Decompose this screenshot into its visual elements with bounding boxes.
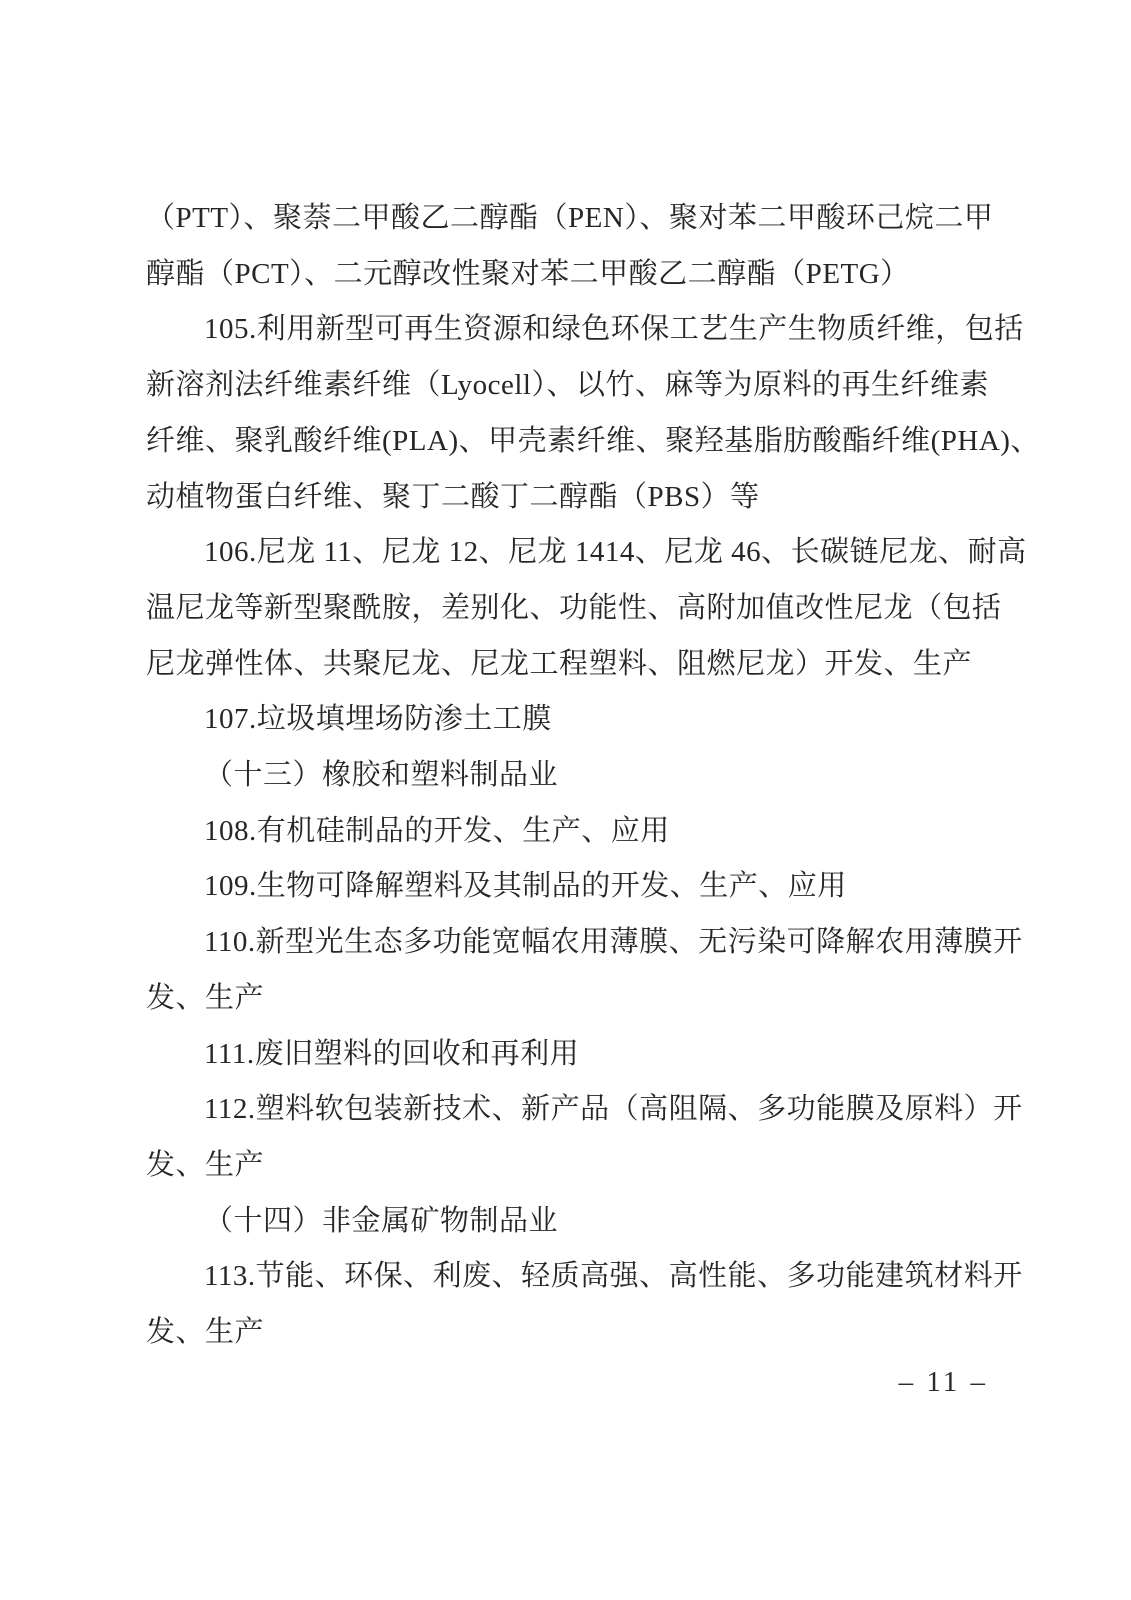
item-106-line-1: 106.尼龙 11、尼龙 12、尼龙 1414、尼龙 46、长碳链尼龙、耐高 — [146, 525, 991, 581]
continuation-line-1: （PTT）、聚萘二甲酸乙二醇酯（PEN）、聚对苯二甲酸环己烷二甲 — [146, 191, 991, 247]
item-111-line: 111.废旧塑料的回收和再利用 — [146, 1027, 991, 1083]
item-105-line-3: 纤维、聚乳酸纤维(PLA)、甲壳素纤维、聚羟基脂肪酸酯纤维(PHA)、 — [146, 414, 991, 470]
document-body: （PTT）、聚萘二甲酸乙二醇酯（PEN）、聚对苯二甲酸环己烷二甲 醇酯（PCT）… — [146, 191, 991, 1361]
item-110-line-2: 发、生产 — [146, 971, 991, 1027]
section-14-heading: （十四）非金属矿物制品业 — [146, 1194, 991, 1250]
item-105-line-4: 动植物蛋白纤维、聚丁二酸丁二醇酯（PBS）等 — [146, 470, 991, 526]
continuation-line-2: 醇酯（PCT）、二元醇改性聚对苯二甲酸乙二醇酯（PETG） — [146, 247, 991, 303]
item-110-line-1: 110.新型光生态多功能宽幅农用薄膜、无污染可降解农用薄膜开 — [146, 915, 991, 971]
page-number: – 11 – — [899, 1366, 988, 1399]
item-108-line: 108.有机硅制品的开发、生产、应用 — [146, 804, 991, 860]
item-113-line-1: 113.节能、环保、利废、轻质高强、高性能、多功能建筑材料开 — [146, 1249, 991, 1305]
section-13-heading: （十三）橡胶和塑料制品业 — [146, 748, 991, 804]
item-107-line: 107.垃圾填埋场防渗土工膜 — [146, 692, 991, 748]
item-106-line-3: 尼龙弹性体、共聚尼龙、尼龙工程塑料、阻燃尼龙）开发、生产 — [146, 637, 991, 693]
item-106-line-2: 温尼龙等新型聚酰胺，差别化、功能性、高附加值改性尼龙（包括 — [146, 581, 991, 637]
item-112-line-1: 112.塑料软包装新技术、新产品（高阻隔、多功能膜及原料）开 — [146, 1082, 991, 1138]
item-105-line-1: 105.利用新型可再生资源和绿色环保工艺生产生物质纤维，包括 — [146, 302, 991, 358]
item-105-line-2: 新溶剂法纤维素纤维（Lyocell）、以竹、麻等为原料的再生纤维素 — [146, 358, 991, 414]
item-113-line-2: 发、生产 — [146, 1305, 991, 1361]
document-page: （PTT）、聚萘二甲酸乙二醇酯（PEN）、聚对苯二甲酸环己烷二甲 醇酯（PCT）… — [0, 0, 1131, 1600]
item-109-line: 109.生物可降解塑料及其制品的开发、生产、应用 — [146, 859, 991, 915]
item-112-line-2: 发、生产 — [146, 1138, 991, 1194]
